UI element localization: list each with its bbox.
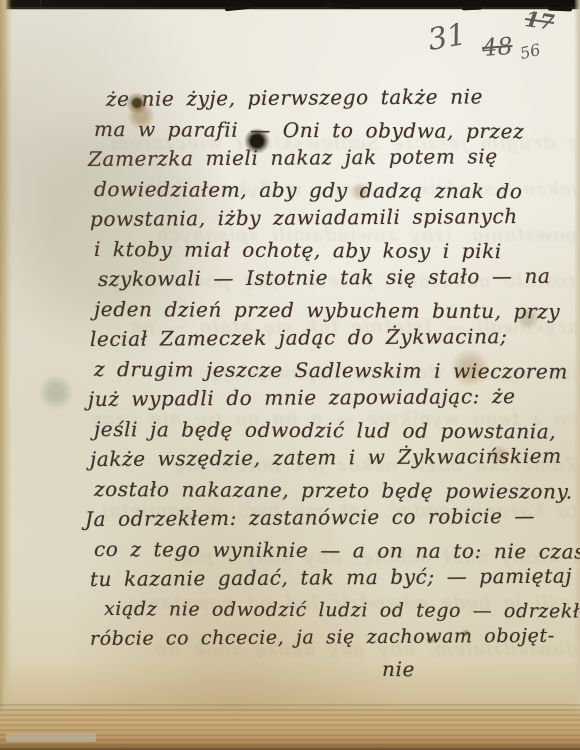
book-page-edges-bottom bbox=[0, 704, 580, 750]
handwritten-line: Zamerzka mieli nakaz jak potem się bbox=[88, 141, 568, 174]
handwritten-line: tu kazanie gadać, tak ma być; — pamiętaj bbox=[90, 561, 568, 594]
handwritten-line: leciał Zameczek jadąc do Żykwacina; bbox=[90, 321, 568, 354]
corner-page-number-crossed: 17 bbox=[523, 6, 555, 35]
binding-edge bbox=[0, 0, 12, 750]
bottom-edge-patch bbox=[6, 733, 96, 742]
handwritten-line: już wypadli do mnie zapowiadając: że bbox=[88, 381, 568, 414]
handwritten-line: szykowali — Istotnie tak się stało — na bbox=[98, 261, 568, 294]
handwritten-text-block: że nie żyje, pierwszego także nie ma w p… bbox=[90, 84, 568, 684]
handwritten-line: powstania, iżby zawiadamili spisanych bbox=[90, 201, 568, 234]
handwritten-line-last: nie bbox=[382, 654, 568, 685]
pencil-page-number: 31 bbox=[425, 17, 469, 58]
handwritten-line: że nie żyje, pierwszego także nie bbox=[106, 81, 568, 114]
old-page-number-crossed: 48 bbox=[481, 32, 513, 62]
handwritten-line: Ja odrzekłem: zastanówcie co robicie — bbox=[85, 501, 568, 534]
previous-page-edge bbox=[0, 0, 580, 10]
handwritten-line: jakże wszędzie, zatem i w Żykwacińskiem bbox=[90, 441, 568, 474]
handwritten-line: róbcie co chcecie, ja się zachowam oboję… bbox=[90, 621, 568, 654]
manuscript-page-scan: z drugim jeszcze Sadlewskim i wieczorem … bbox=[0, 0, 580, 750]
page-right-edge bbox=[574, 0, 580, 750]
